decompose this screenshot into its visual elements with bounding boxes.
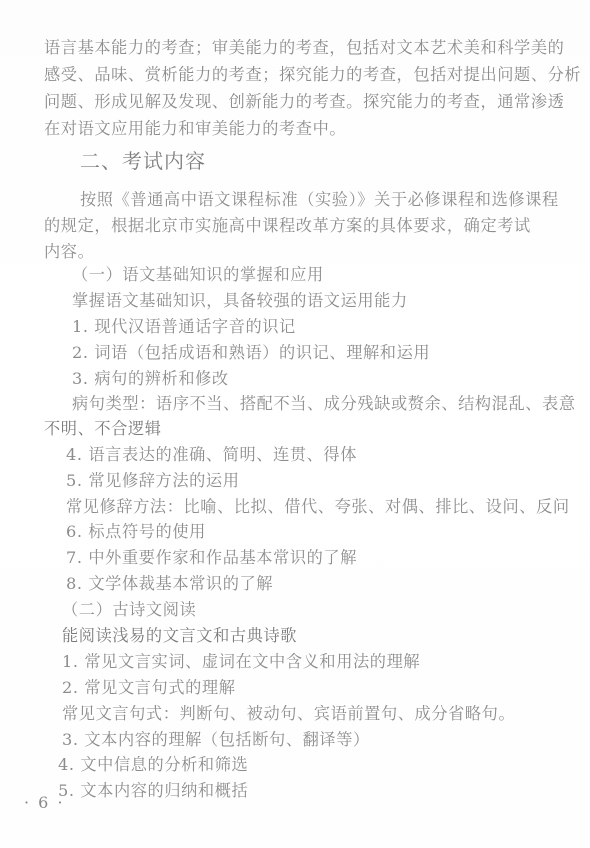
part2-item-1: 1. 常见文言实词、虚词在文中含义和用法的理解 (62, 652, 420, 672)
part1-item-8: 8. 文学体裁基本常识的了解 (66, 574, 273, 594)
sentence-pattern-note: 常见文言句式：判断句、被动句、宾语前置句、成分省略句。 (62, 704, 515, 724)
intro-line-2: 感受、品味、赏析能力的考查；探究能力的考查，包括对提出问题、分析 (44, 65, 581, 85)
intro-line-4: 在对语文应用能力和审美能力的考查中。 (44, 119, 346, 139)
intro-line-3: 问题、形成见解及发现、创新能力的考查。探究能力的考查，通常渗透 (44, 92, 564, 112)
part1-title: （一）语文基础知识的掌握和应用 (72, 265, 324, 285)
section-intro-line-1: 按照《普通高中语文课程标准（实验）》关于必修课程和选修课程 (80, 190, 559, 210)
part1-item-1: 1. 现代汉语普通话字音的识记 (72, 317, 296, 337)
part2-title: （二）古诗文阅读 (62, 600, 196, 620)
sick-sentence-note-line-1: 病句类型：语序不当、搭配不当、成分残缺或赘余、结构混乱、表意 (72, 394, 576, 414)
section-intro-line-3: 内容。 (44, 242, 94, 262)
part2-item-3: 3. 文本内容的理解（包括断句、翻译等） (62, 730, 370, 750)
part2-item-2: 2. 常见文言句式的理解 (62, 678, 235, 698)
part1-item-7: 7. 中外重要作家和作品基本常识的了解 (66, 548, 357, 568)
part2-item-4: 4. 文中信息的分析和筛选 (58, 755, 248, 775)
section-heading: 二、考试内容 (80, 148, 206, 174)
sick-sentence-note-line-2: 不明、不合逻辑 (44, 419, 162, 439)
page-number: · 6 · (24, 793, 65, 812)
part1-item-4: 4. 语言表达的准确、简明、连贯、得体 (66, 445, 357, 465)
part1-item-6: 6. 标点符号的使用 (66, 522, 206, 542)
part1-item-3: 3. 病句的辨析和修改 (72, 369, 229, 389)
part2-summary: 能阅读浅易的文言文和古典诗歌 (62, 626, 297, 646)
intro-line-1: 语言基本能力的考查；审美能力的考查，包括对文本艺术美和科学美的 (44, 38, 564, 58)
part1-summary: 掌握语文基础知识，具备较强的语文运用能力 (72, 291, 408, 311)
rhetoric-note: 常见修辞方法：比喻、比拟、借代、夸张、对偶、排比、设问、反问 (66, 497, 570, 517)
part1-item-2: 2. 词语（包括成语和熟语）的识记、理解和运用 (72, 343, 430, 363)
document-page: 语言基本能力的考查；审美能力的考查，包括对文本艺术美和科学美的 感受、品味、赏析… (0, 0, 590, 848)
section-intro-line-2: 的规定，根据北京市实施高中课程改革方案的具体要求，确定考试 (44, 216, 531, 236)
part2-item-5: 5. 文本内容的归纳和概括 (58, 781, 248, 801)
part1-item-5: 5. 常见修辞方法的运用 (66, 471, 239, 491)
